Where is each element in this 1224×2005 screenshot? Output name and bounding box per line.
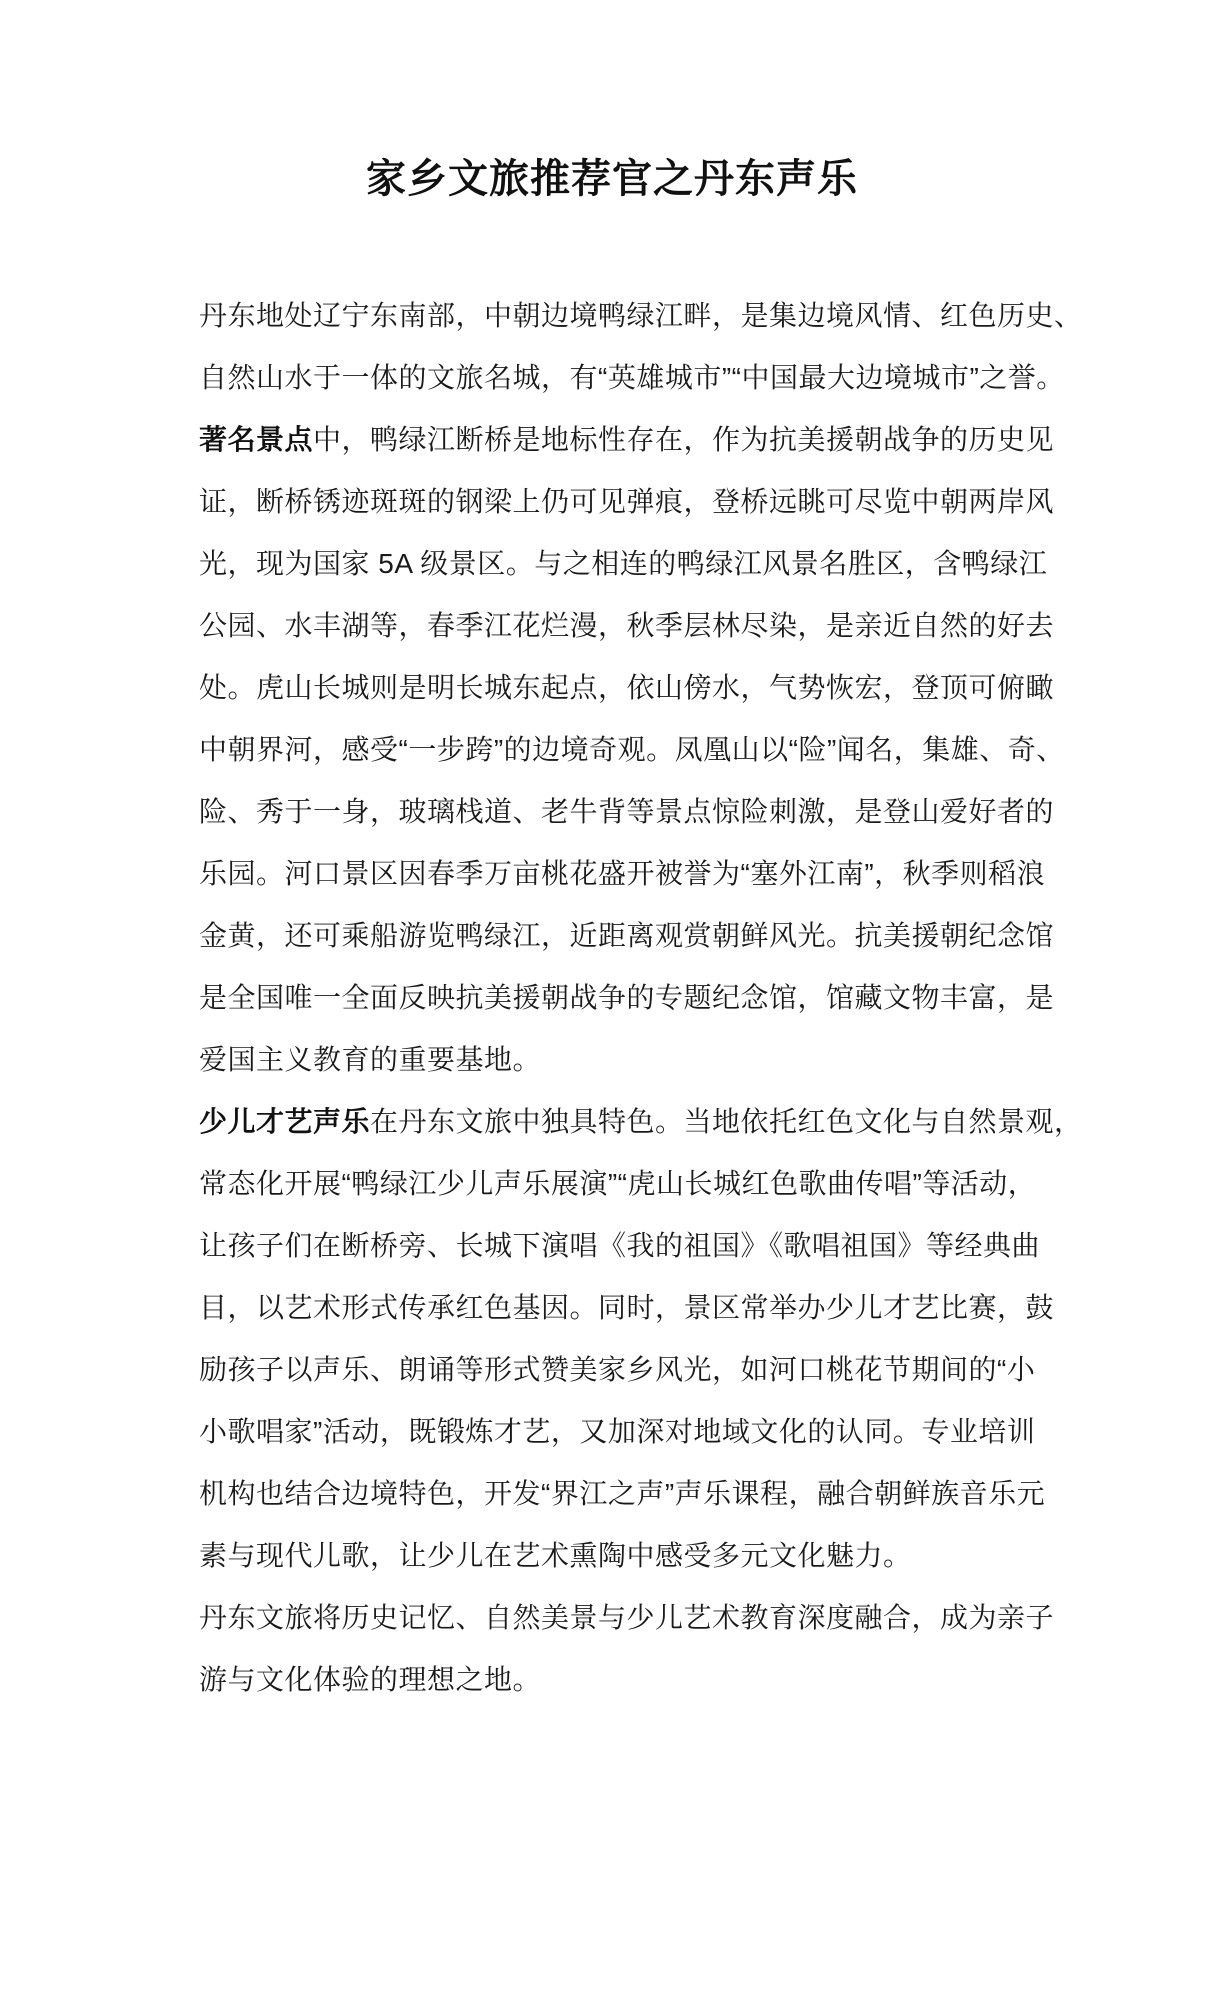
text-line: 著名景点中，鸭绿江断桥是地标性存在，作为抗美援朝战争的历史见	[199, 409, 1079, 471]
text-run: 爱国主义教育的重要基地。	[199, 1044, 541, 1075]
text-run: 励孩子以声乐、朗诵等形式赞美家乡风光，如河口桃花节期间的“小	[199, 1354, 1035, 1385]
text-run: 丹东地处辽宁东南部，中朝边境鸭绿江畔，是集边境风情、红色历史、	[199, 300, 1083, 331]
text-line: 让孩子们在断桥旁、长城下演唱《我的祖国》《歌唱祖国》等经典曲	[199, 1215, 1079, 1277]
text-line: 小歌唱家”活动，既锻炼才艺，又加深对地域文化的认同。专业培训	[199, 1401, 1079, 1463]
text-run: 乐园。河口景区因春季万亩桃花盛开被誉为“塞外江南”，秋季则稻浪	[199, 858, 1045, 889]
text-run: 在丹东文旅中独具特色。当地依托红色文化与自然景观，	[370, 1106, 1083, 1137]
text-run: 光，现为国家 5A 级景区。与之相连的鸭绿江风景名胜区，含鸭绿江	[199, 548, 1047, 579]
bold-text-run: 少儿才艺声乐	[199, 1106, 370, 1137]
text-line: 证，断桥锈迹斑斑的钢梁上仍可见弹痕，登桥远眺可尽览中朝两岸风	[199, 471, 1079, 533]
text-run: 处。虎山长城则是明长城东起点，依山傍水，气势恢宏，登顶可俯瞰	[199, 672, 1054, 703]
text-run: 是全国唯一全面反映抗美援朝战争的专题纪念馆，馆藏文物丰富，是	[199, 982, 1054, 1013]
text-line: 乐园。河口景区因春季万亩桃花盛开被誉为“塞外江南”，秋季则稻浪	[199, 843, 1079, 905]
text-line: 励孩子以声乐、朗诵等形式赞美家乡风光，如河口桃花节期间的“小	[199, 1339, 1079, 1401]
text-run: 证，断桥锈迹斑斑的钢梁上仍可见弹痕，登桥远眺可尽览中朝两岸风	[199, 486, 1054, 517]
document-page: 家乡文旅推荐官之丹东声乐 丹东地处辽宁东南部，中朝边境鸭绿江畔，是集边境风情、红…	[0, 0, 1224, 2005]
text-run: 自然山水于一体的文旅名城，有“英雄城市”“中国最大边境城市”之誉。	[199, 362, 1065, 393]
text-run: 公园、水丰湖等，春季江花烂漫，秋季层林尽染，是亲近自然的好去	[199, 610, 1054, 641]
text-line: 机构也结合边境特色，开发“界江之声”声乐课程，融合朝鲜族音乐元	[199, 1463, 1079, 1525]
text-run: 丹东文旅将历史记忆、自然美景与少儿艺术教育深度融合，成为亲子	[199, 1602, 1054, 1633]
text-line: 中朝界河，感受“一步跨”的边境奇观。凤凰山以“险”闻名，集雄、奇、	[199, 719, 1079, 781]
text-line: 光，现为国家 5A 级景区。与之相连的鸭绿江风景名胜区，含鸭绿江	[199, 533, 1079, 595]
text-line: 公园、水丰湖等，春季江花烂漫，秋季层林尽染，是亲近自然的好去	[199, 595, 1079, 657]
text-line: 是全国唯一全面反映抗美援朝战争的专题纪念馆，馆藏文物丰富，是	[199, 967, 1079, 1029]
text-line: 险、秀于一身，玻璃栈道、老牛背等景点惊险刺激，是登山爱好者的	[199, 781, 1079, 843]
text-line: 常态化开展“鸭绿江少儿声乐展演”“虎山长城红色歌曲传唱”等活动，	[199, 1153, 1079, 1215]
page-title: 家乡文旅推荐官之丹东声乐	[0, 153, 1224, 205]
text-run: 小歌唱家”活动，既锻炼才艺，又加深对地域文化的认同。专业培训	[199, 1416, 1035, 1447]
text-run: 金黄，还可乘船游览鸭绿江，近距离观赏朝鲜风光。抗美援朝纪念馆	[199, 920, 1054, 951]
text-line: 游与文化体验的理想之地。	[199, 1649, 1079, 1711]
text-run: 常态化开展“鸭绿江少儿声乐展演”“虎山长城红色歌曲传唱”等活动，	[199, 1168, 1036, 1199]
text-run: 游与文化体验的理想之地。	[199, 1664, 541, 1695]
text-line: 爱国主义教育的重要基地。	[199, 1029, 1079, 1091]
text-run: 让孩子们在断桥旁、长城下演唱《我的祖国》《歌唱祖国》等经典曲	[199, 1230, 1040, 1261]
text-line: 金黄，还可乘船游览鸭绿江，近距离观赏朝鲜风光。抗美援朝纪念馆	[199, 905, 1079, 967]
document-body: 丹东地处辽宁东南部，中朝边境鸭绿江畔，是集边境风情、红色历史、自然山水于一体的文…	[199, 285, 1079, 1711]
text-run: 险、秀于一身，玻璃栈道、老牛背等景点惊险刺激，是登山爱好者的	[199, 796, 1054, 827]
text-line: 丹东文旅将历史记忆、自然美景与少儿艺术教育深度融合，成为亲子	[199, 1587, 1079, 1649]
text-run: 中，鸭绿江断桥是地标性存在，作为抗美援朝战争的历史见	[313, 424, 1054, 455]
text-run: 机构也结合边境特色，开发“界江之声”声乐课程，融合朝鲜族音乐元	[199, 1478, 1045, 1509]
text-run: 中朝界河，感受“一步跨”的边境奇观。凤凰山以“险”闻名，集雄、奇、	[199, 734, 1065, 765]
text-line: 素与现代儿歌，让少儿在艺术熏陶中感受多元文化魅力。	[199, 1525, 1079, 1587]
bold-text-run: 著名景点	[199, 424, 313, 455]
text-run: 素与现代儿歌，让少儿在艺术熏陶中感受多元文化魅力。	[199, 1540, 912, 1571]
text-run: 目，以艺术形式传承红色基因。同时，景区常举办少儿才艺比赛，鼓	[199, 1292, 1054, 1323]
text-line: 目，以艺术形式传承红色基因。同时，景区常举办少儿才艺比赛，鼓	[199, 1277, 1079, 1339]
text-line: 丹东地处辽宁东南部，中朝边境鸭绿江畔，是集边境风情、红色历史、	[199, 285, 1079, 347]
text-line: 自然山水于一体的文旅名城，有“英雄城市”“中国最大边境城市”之誉。	[199, 347, 1079, 409]
text-line: 少儿才艺声乐在丹东文旅中独具特色。当地依托红色文化与自然景观，	[199, 1091, 1079, 1153]
text-line: 处。虎山长城则是明长城东起点，依山傍水，气势恢宏，登顶可俯瞰	[199, 657, 1079, 719]
